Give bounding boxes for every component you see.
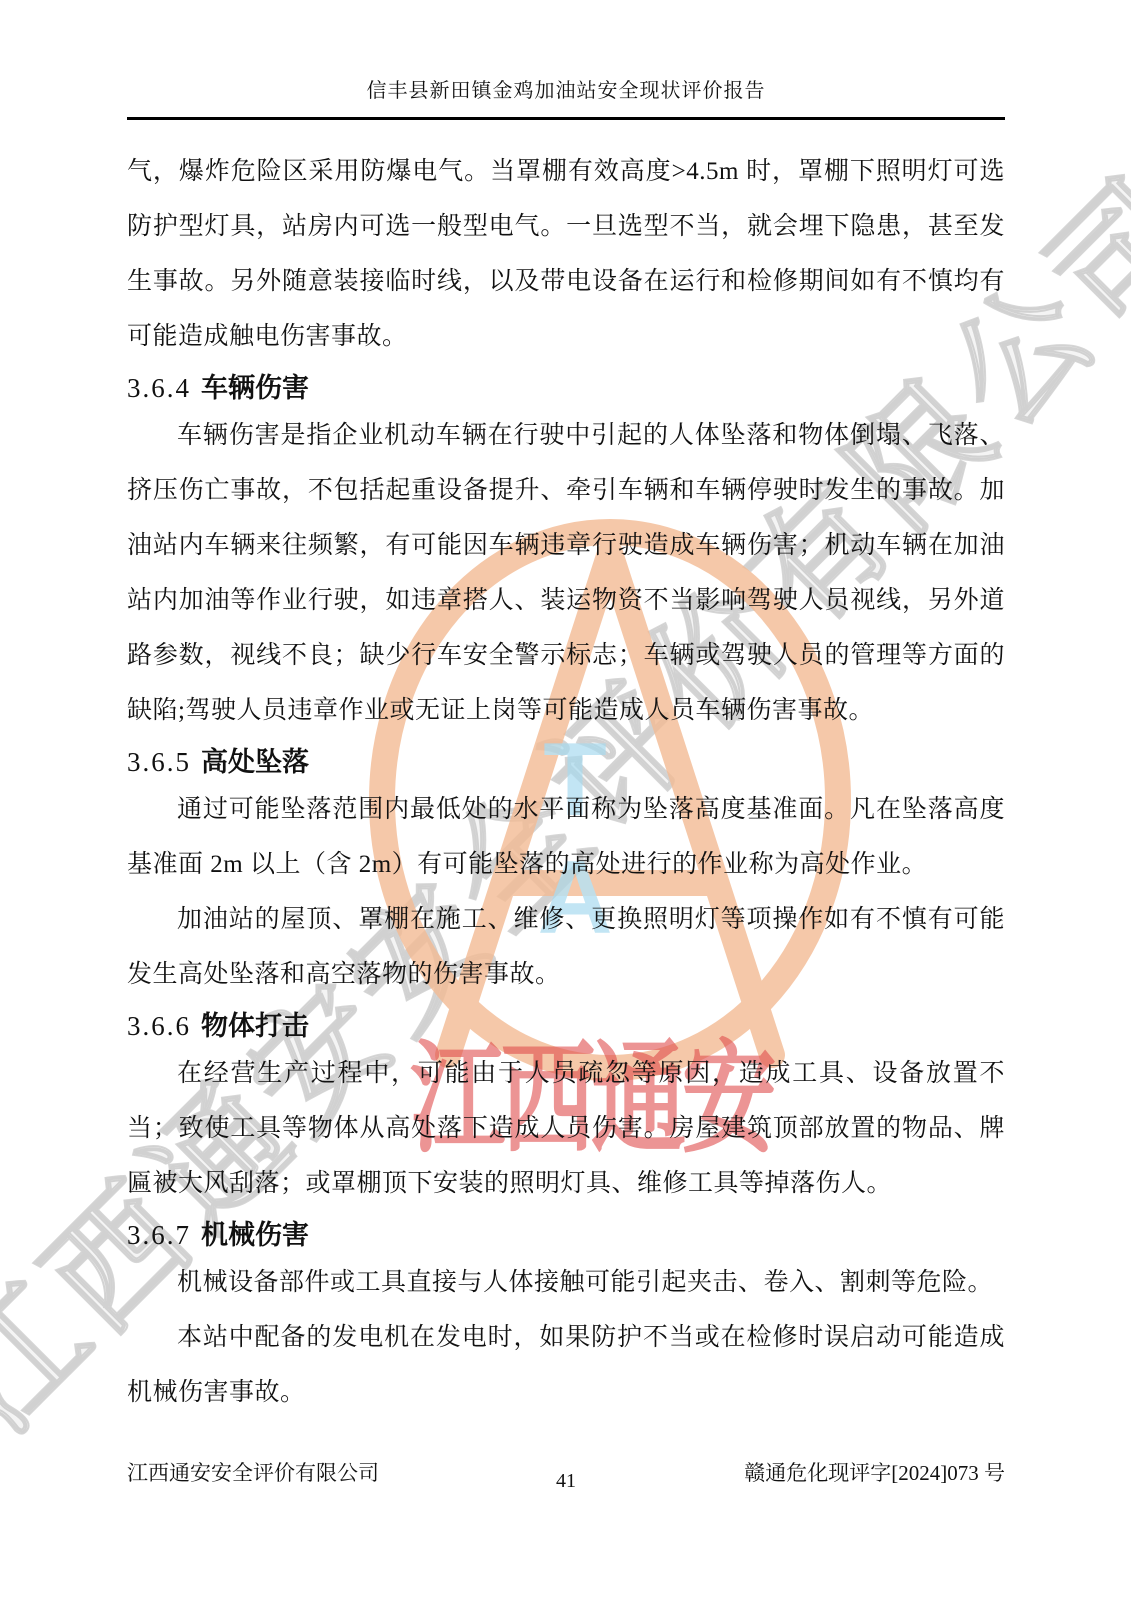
section-title: 物体打击: [201, 1011, 309, 1041]
section-title: 机械伤害: [201, 1220, 309, 1250]
section-heading-3-6-7: 3.6.7机械伤害: [127, 1216, 1005, 1254]
footer-doc-number: 赣通危化现评字[2024]073 号: [744, 1460, 1005, 1486]
page-content: 信丰县新田镇金鸡加油站安全现状评价报告 气，爆炸危险区采用防爆电气。当罩棚有效高…: [0, 0, 1131, 1420]
section-paragraph: 加油站的屋顶、罩棚在施工、维修、更换照明灯等项操作如有不慎有可能发生高处坠落和高…: [127, 892, 1005, 1002]
intro-paragraph: 气，爆炸危险区采用防爆电气。当罩棚有效高度>4.5m 时，罩棚下照明灯可选防护型…: [127, 144, 1005, 364]
section-heading-3-6-5: 3.6.5高处坠落: [127, 743, 1005, 781]
section-paragraph: 车辆伤害是指企业机动车辆在行驶中引起的人体坠落和物体倒塌、飞落、挤压伤亡事故，不…: [127, 408, 1005, 738]
report-title: 信丰县新田镇金鸡加油站安全现状评价报告: [127, 74, 1005, 103]
report-page: 江西通安安全评价有限公司 T A 江西通安 信丰县新田镇金鸡加油站安全现状评价报…: [0, 0, 1131, 1600]
page-header: 信丰县新田镇金鸡加油站安全现状评价报告: [127, 0, 1005, 120]
footer-company: 江西通安安全评价有限公司: [127, 1460, 379, 1486]
section-heading-3-6-6: 3.6.6物体打击: [127, 1007, 1005, 1045]
footer-page-number: 41: [556, 1468, 576, 1494]
section-paragraph: 机械设备部件或工具直接与人体接触可能引起夹击、卷入、割刺等危险。: [127, 1255, 1005, 1310]
section-paragraph: 本站中配备的发电机在发电时，如果防护不当或在检修时误启动可能造成机械伤害事故。: [127, 1310, 1005, 1420]
header-rule: [127, 117, 1005, 120]
section-number: 3.6.5: [127, 747, 191, 777]
section-number: 3.6.4: [127, 373, 191, 403]
section-number: 3.6.6: [127, 1011, 191, 1041]
body-text: 气，爆炸危险区采用防爆电气。当罩棚有效高度>4.5m 时，罩棚下照明灯可选防护型…: [127, 144, 1005, 1420]
section-paragraph: 在经营生产过程中，可能由于人员疏忽等原因，造成工具、设备放置不当；致使工具等物体…: [127, 1046, 1005, 1211]
section-title: 车辆伤害: [201, 373, 309, 403]
section-number: 3.6.7: [127, 1220, 191, 1250]
section-paragraph: 通过可能坠落范围内最低处的水平面称为坠落高度基准面。凡在坠落高度基准面 2m 以…: [127, 782, 1005, 892]
section-title: 高处坠落: [201, 747, 309, 777]
section-heading-3-6-4: 3.6.4车辆伤害: [127, 369, 1005, 407]
